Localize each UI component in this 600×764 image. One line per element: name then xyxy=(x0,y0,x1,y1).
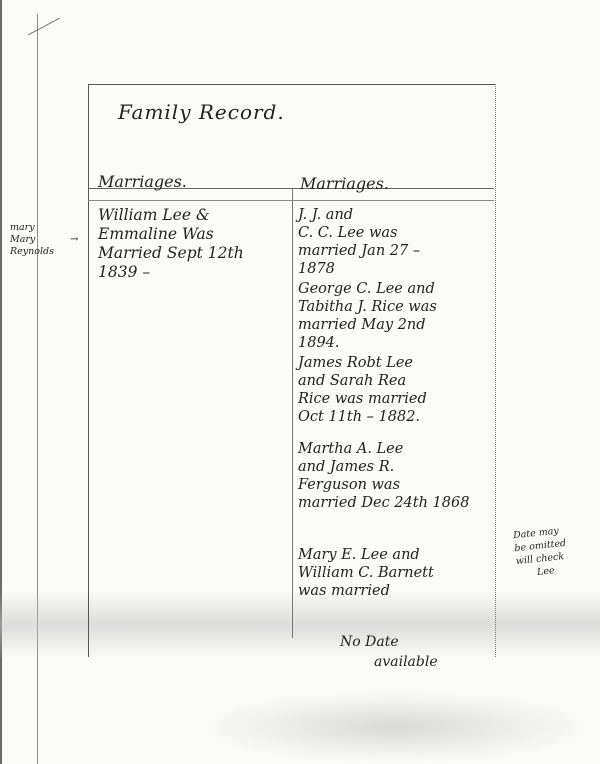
marriage-entry: William Lee & Emmaline Was Married Sept … xyxy=(98,206,288,282)
entry-line: Married Sept 12th xyxy=(98,244,288,263)
entry-line: William Lee & xyxy=(98,206,288,225)
arrow-icon: → xyxy=(70,234,78,245)
header-underline xyxy=(88,200,494,201)
note-line: Reynolds xyxy=(10,246,74,258)
entry-line: James Robt Lee xyxy=(298,354,494,372)
entry-line: and Sarah Rea xyxy=(298,372,494,390)
page-title: Family Record. xyxy=(118,100,285,124)
no-date-note: No Date available xyxy=(340,632,438,672)
marriage-entry: J. J. and C. C. Lee was married Jan 27 –… xyxy=(298,206,494,278)
margin-note-left: mary Mary Reynolds xyxy=(10,222,74,258)
margin-tick-mark xyxy=(28,18,60,36)
column-divider xyxy=(292,188,293,638)
entry-line: Ferguson was xyxy=(298,476,494,494)
marriage-entry: George C. Lee and Tabitha J. Rice was ma… xyxy=(298,280,494,352)
marriage-entry: Martha A. Lee and James R. Ferguson was … xyxy=(298,440,494,512)
column-header-left: Marriages. xyxy=(98,172,187,191)
entry-line: George C. Lee and xyxy=(298,280,494,298)
note-line: mary xyxy=(10,222,74,234)
entry-line: and James R. xyxy=(298,458,494,476)
scan-smudge xyxy=(190,690,600,764)
entry-line: 1878 xyxy=(298,260,494,278)
note-line: available xyxy=(340,652,438,672)
entry-line: Rice was married xyxy=(298,390,494,408)
entry-line: Emmaline Was xyxy=(98,225,288,244)
entry-line: married May 2nd xyxy=(298,316,494,334)
entry-line: J. J. and xyxy=(298,206,494,224)
entry-line: Oct 11th – 1882. xyxy=(298,408,494,426)
marriage-entry: Mary E. Lee and William C. Barnett was m… xyxy=(298,546,494,600)
entry-line: Tabitha J. Rice was xyxy=(298,298,494,316)
note-line: Mary xyxy=(10,234,74,246)
margin-note-right: Date may be omitted will check Lee xyxy=(513,521,598,581)
entry-line: Martha A. Lee xyxy=(298,440,494,458)
entry-line: was married xyxy=(298,582,494,600)
entry-line: married Dec 24th 1868 xyxy=(298,494,494,512)
entry-line: 1839 – xyxy=(98,263,288,282)
note-line: No Date xyxy=(340,632,438,652)
entry-line: married Jan 27 – xyxy=(298,242,494,260)
entry-line: Mary E. Lee and xyxy=(298,546,494,564)
column-header-right: Marriages. xyxy=(300,174,389,193)
entry-line: C. C. Lee was xyxy=(298,224,494,242)
entry-line: 1894. xyxy=(298,334,494,352)
marriage-entry: James Robt Lee and Sarah Rea Rice was ma… xyxy=(298,354,494,426)
entry-line: William C. Barnett xyxy=(298,564,494,582)
